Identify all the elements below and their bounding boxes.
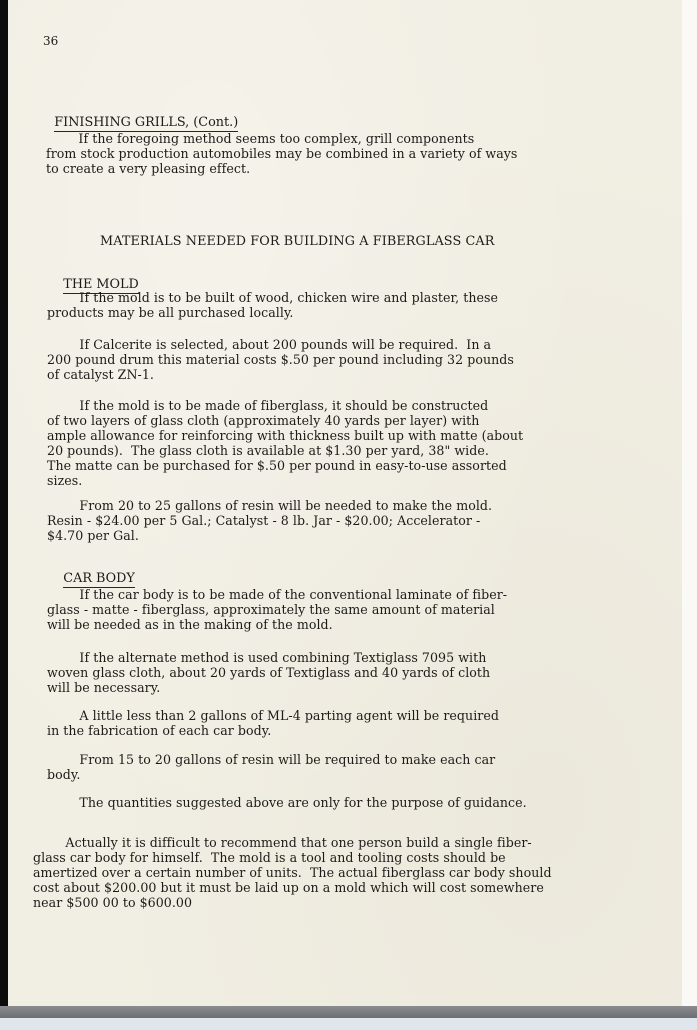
paragraph: If the alternate method is used combinin…: [47, 650, 490, 695]
page-bottom-edge: [0, 1006, 697, 1018]
paragraph: If the mold is to be made of fiberglass,…: [47, 398, 523, 488]
paragraph: If the foregoing method seems too comple…: [46, 131, 517, 176]
facing-page-edge: [682, 0, 697, 1015]
paragraph: If the car body is to be made of the con…: [47, 587, 507, 632]
materials-title: MATERIALS NEEDED FOR BUILDING A FIBERGLA…: [100, 234, 494, 249]
paragraph: If the mold is to be built of wood, chic…: [47, 290, 498, 320]
paragraph: If Calcerite is selected, about 200 poun…: [47, 337, 514, 382]
paragraph: Actually it is difficult to recommend th…: [33, 835, 552, 910]
page-number: 36: [43, 34, 58, 49]
book-page: 36 FINISHING GRILLS, (Cont.) If the fore…: [8, 0, 682, 1006]
paragraph: From 15 to 20 gallons of resin will be r…: [47, 752, 495, 782]
paragraph: The quantities suggested above are only …: [47, 795, 527, 810]
paragraph: A little less than 2 gallons of ML-4 par…: [47, 708, 499, 738]
background-surface: [0, 1018, 697, 1030]
paragraph: From 20 to 25 gallons of resin will be n…: [47, 498, 492, 543]
